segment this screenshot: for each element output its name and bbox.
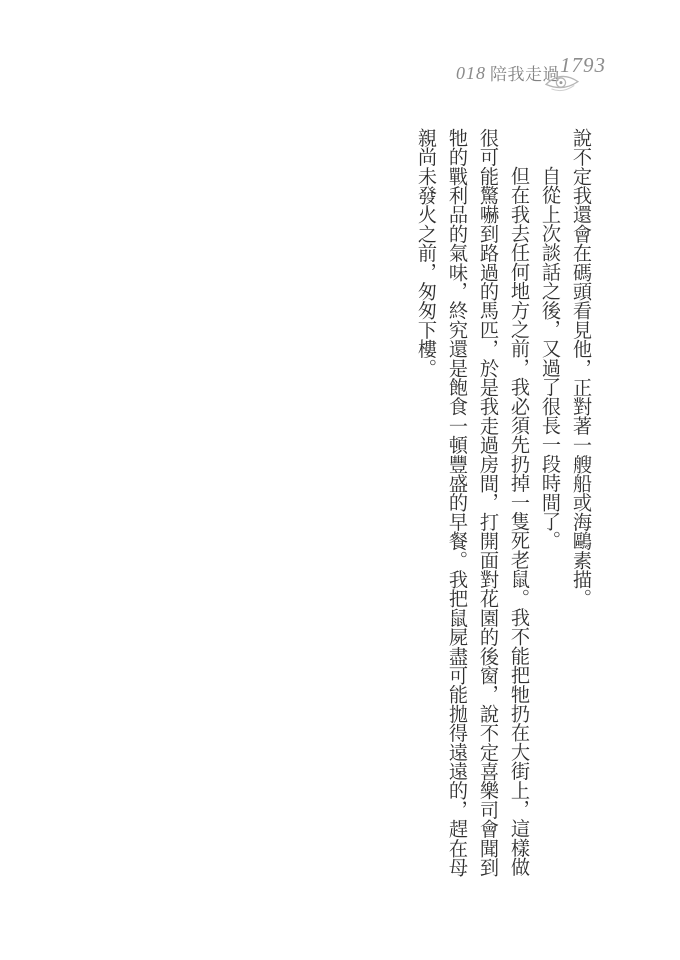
text-block: 說不定我還會在碼頭看見他，正對著一艘船或海鷗素描。自從上次談話之後，又過了很長一… <box>410 128 596 878</box>
header-year: 1793 <box>560 53 606 78</box>
running-header: 018 陪我走過 1793 <box>452 52 622 96</box>
book-page: 018 陪我走過 1793 說不定我還會在碼頭看見他，正對著一艘船或海鷗素描。自… <box>0 0 680 960</box>
page-number: 018 <box>456 63 486 84</box>
paragraph: 說不定我還會在碼頭看見他，正對著一艘船或海鷗素描。 <box>565 128 596 878</box>
paragraph: 自從上次談話之後，又過了很長一段時間了。 <box>534 128 565 878</box>
paragraph: 但在我去任何地方之前，我必須先扔掉一隻死老鼠。我不能把牠扔在大街上，這樣做很可能… <box>410 128 534 878</box>
header-year-group: 1793 <box>544 52 616 94</box>
